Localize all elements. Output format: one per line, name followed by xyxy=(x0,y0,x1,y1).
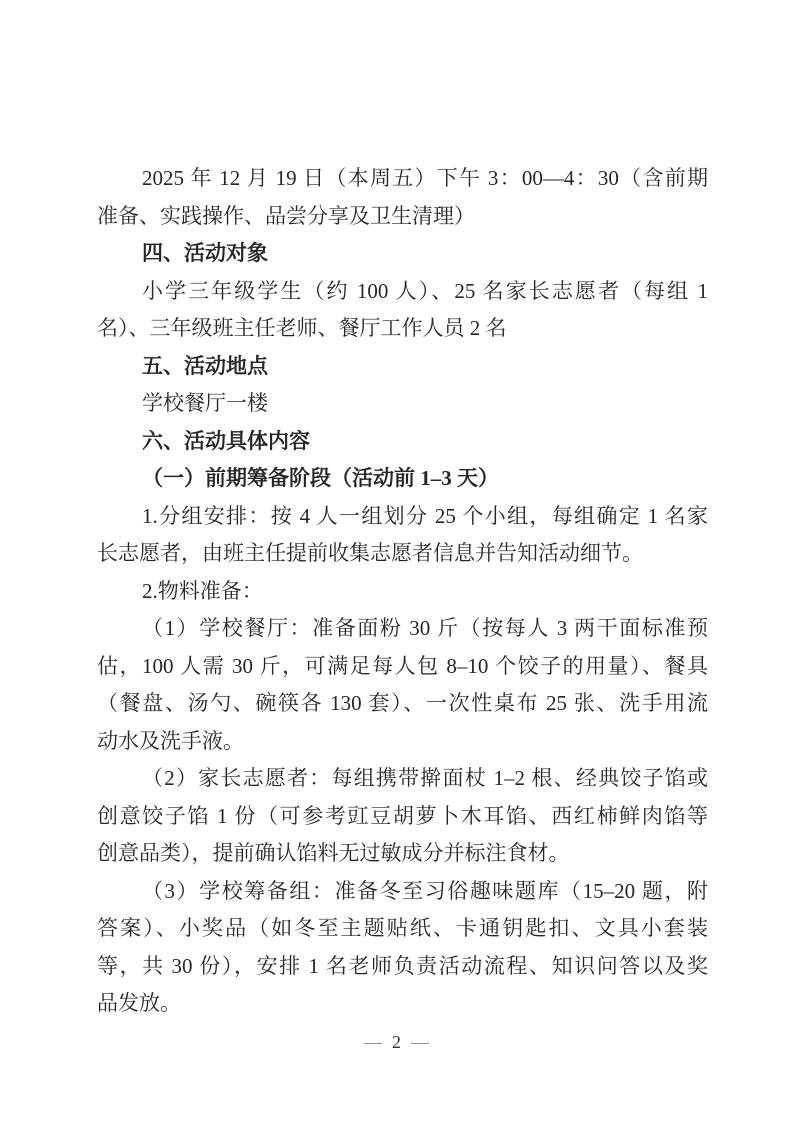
line-canteen-materials-1: （1）学校餐厅：准备面粉 30 斤（按每人 3 两干面标准预 xyxy=(97,610,708,648)
line-grouping-2: 长志愿者，由班主任提前收集志愿者信息并告知活动细节。 xyxy=(97,535,708,573)
line-event-time-2: 准备、实践操作、品尝分享及卫生清理） xyxy=(97,198,708,236)
line-participants-2: 名）、三年级班主任老师、餐厅工作人员 2 名 xyxy=(97,310,708,348)
line-volunteer-materials-3: 创意品类），提前确认馅料无过敏成分并标注食材。 xyxy=(97,835,708,873)
page-number: —2— xyxy=(0,1030,793,1054)
page-number-right-dash: — xyxy=(411,1032,429,1052)
line-materials-title: 2.物料准备： xyxy=(97,573,708,611)
page-number-value: 2 xyxy=(392,1032,401,1052)
line-volunteer-materials-2: 创意饺子馅 1 份（可参考豇豆胡萝卜木耳馅、西红柿鲜肉馅等 xyxy=(97,798,708,836)
line-canteen-materials-3: （餐盘、汤勺、碗筷各 130 套）、一次性桌布 25 张、洗手用流 xyxy=(97,685,708,723)
line-school-prep-4: 品发放。 xyxy=(97,985,708,1023)
heading-section-six-details: 六、活动具体内容 xyxy=(97,423,708,461)
heading-stage-one-preparation: （一）前期筹备阶段（活动前 1–3 天） xyxy=(97,460,708,498)
line-participants-1: 小学三年级学生（约 100 人）、25 名家长志愿者（每组 1 xyxy=(97,273,708,311)
line-canteen-materials-2: 估，100 人需 30 斤，可满足每人包 8–10 个饺子的用量）、餐具 xyxy=(97,648,708,686)
line-school-prep-1: （3）学校筹备组：准备冬至习俗趣味题库（15–20 题，附 xyxy=(97,873,708,911)
line-location: 学校餐厅一楼 xyxy=(97,385,708,423)
line-school-prep-2: 答案）、小奖品（如冬至主题贴纸、卡通钥匙扣、文具小套装 xyxy=(97,910,708,948)
line-grouping-1: 1.分组安排：按 4 人一组划分 25 个小组，每组确定 1 名家 xyxy=(97,498,708,536)
line-school-prep-3: 等，共 30 份），安排 1 名老师负责活动流程、知识问答以及奖 xyxy=(97,948,708,986)
document-page: 2025 年 12 月 19 日（本周五）下午 3：00—4：30（含前期 准备… xyxy=(0,0,793,1122)
line-event-time-1: 2025 年 12 月 19 日（本周五）下午 3：00—4：30（含前期 xyxy=(97,160,708,198)
heading-section-four-participants: 四、活动对象 xyxy=(97,235,708,273)
line-volunteer-materials-1: （2）家长志愿者：每组携带擀面杖 1–2 根、经典饺子馅或 xyxy=(97,760,708,798)
document-body: 2025 年 12 月 19 日（本周五）下午 3：00—4：30（含前期 准备… xyxy=(97,160,708,1023)
heading-section-five-location: 五、活动地点 xyxy=(97,348,708,386)
line-canteen-materials-4: 动水及洗手液。 xyxy=(97,723,708,761)
page-number-left-dash: — xyxy=(364,1032,382,1052)
